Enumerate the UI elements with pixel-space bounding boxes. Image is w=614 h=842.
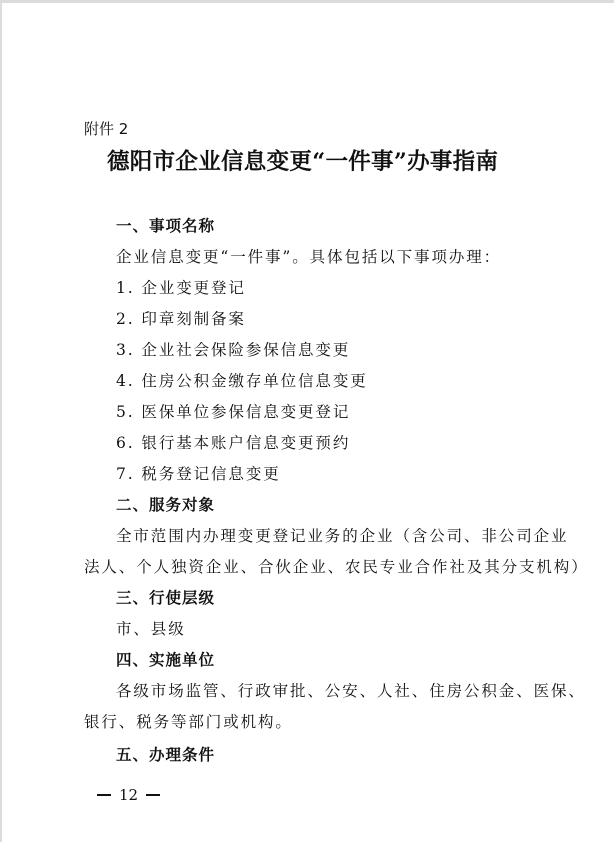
paragraph-line: 全市范围内办理变更登记业务的企业（含公司、非公司企业 — [116, 525, 568, 547]
document-title: 德阳市企业信息变更“一件事”办事指南 — [107, 147, 498, 177]
list-item: 4. 住房公积金缴存单位信息变更 — [116, 370, 368, 392]
document-page: 附件 2 德阳市企业信息变更“一件事”办事指南 一、事项名称 企业信息变更“一件… — [2, 3, 614, 842]
list-item: 6. 银行基本账户信息变更预约 — [116, 432, 350, 454]
paragraph-line: 市、县级 — [116, 618, 186, 640]
page-number-value: 12 — [119, 785, 138, 805]
section-intro: 企业信息变更“一件事”。具体包括以下事项办理： — [116, 246, 501, 268]
section-heading-service-target: 二、服务对象 — [116, 494, 215, 516]
list-item: 5. 医保单位参保信息变更登记 — [116, 401, 350, 423]
paragraph-line: 法人、个人独资企业、合伙企业、农民专业合作社及其分支机构） — [84, 556, 589, 578]
section-heading-item-name: 一、事项名称 — [116, 215, 215, 237]
dash-right — [146, 794, 160, 795]
list-item: 1. 企业变更登记 — [116, 277, 246, 299]
page-number: 12 — [97, 785, 160, 805]
attachment-label: 附件 2 — [84, 119, 128, 139]
section-heading-conditions: 五、办理条件 — [116, 744, 215, 766]
paragraph-line: 各级市场监管、行政审批、公安、人社、住房公积金、医保、 — [116, 680, 586, 702]
section-heading-implementing-units: 四、实施单位 — [116, 649, 215, 671]
list-item: 3. 企业社会保险参保信息变更 — [116, 339, 350, 361]
list-item: 7. 税务登记信息变更 — [116, 463, 281, 485]
section-heading-level: 三、行使层级 — [116, 587, 215, 609]
paragraph-line: 银行、税务等部门或机构。 — [84, 711, 293, 733]
dash-left — [97, 794, 111, 795]
list-item: 2. 印章刻制备案 — [116, 308, 246, 330]
